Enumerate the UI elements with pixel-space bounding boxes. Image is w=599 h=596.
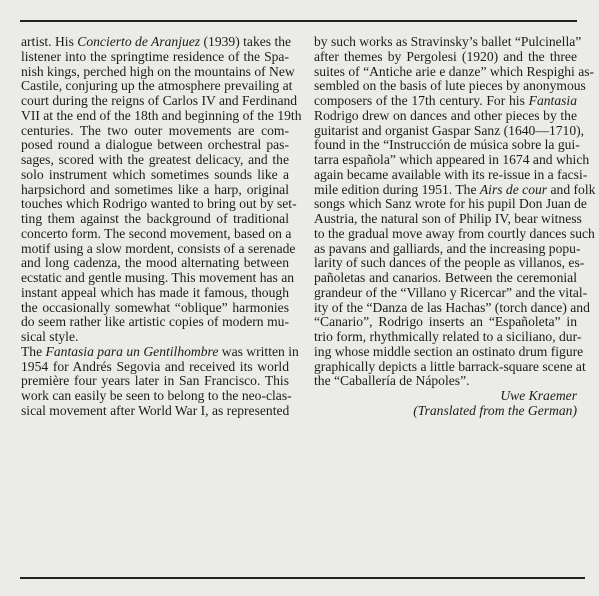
text-line: harpsichord and sometimes like a harp, o… (21, 183, 289, 198)
text-line: artist. His Concierto de Aranjuez (1939)… (21, 35, 289, 50)
text-line: première four years later in San Francis… (21, 374, 289, 389)
text-line: composers of the 17th century. For his F… (314, 94, 577, 109)
text-line: ecstatic and gentle musing. This movemen… (21, 271, 289, 286)
text-line: after themes by Pergolesi (1920) and the… (314, 50, 577, 65)
text-line: posed round a dialogue between orchestra… (21, 138, 289, 153)
text-line: Castile, conjuring up the atmosphere pre… (21, 79, 289, 94)
text-line: mile edition during 1951. The Airs de co… (314, 183, 577, 198)
signature-block: Uwe Kraemer (Translated from the German) (314, 389, 577, 419)
text-line: songs which Sanz wrote for his pupil Don… (314, 197, 577, 212)
text-line: grandeur of the “Villano y Ricercar” and… (314, 286, 577, 301)
text-line: touches which Rodrigo wanted to bring ou… (21, 197, 289, 212)
text-line: solo instrument which sometimes sounds l… (21, 168, 289, 183)
text-line: as pavans and galliards, and the increas… (314, 242, 577, 257)
text-line: motif using a slow mordent, consists of … (21, 242, 289, 257)
text-line: to the gradual move away from courtly da… (314, 227, 577, 242)
text-line: graphically depicts a little barrack-squ… (314, 360, 577, 375)
text-line: guitarist and organist Gaspar Sanz (1640… (314, 124, 577, 139)
text-line: sages, scored with the greatest delicacy… (21, 153, 289, 168)
text-line: sical style. (21, 330, 289, 345)
text-line: 1954 for Andrés Segovia and received its… (21, 360, 289, 375)
text-line: sembled on the basis of lute pieces by a… (314, 79, 577, 94)
text-line: “Canario”, Rodrigo inserts an “Españolet… (314, 315, 577, 330)
text-line: ting them against the background of trad… (21, 212, 289, 227)
text-line: instant appeal which has made it famous,… (21, 286, 289, 301)
text-line: larity of such dances of the people as v… (314, 256, 577, 271)
text-line: Austria, the natural son of Philip IV, b… (314, 212, 577, 227)
text-line: found in the “Instrucción de música sobr… (314, 138, 577, 153)
text-line: ing whose middle section an ostinato dru… (314, 345, 577, 360)
text-line: trio form, rhythmically related to a sic… (314, 330, 577, 345)
text-line: ity of the “Danza de las Hachas” (torch … (314, 301, 577, 316)
text-line: suites of “Antiche arie e danze” which R… (314, 65, 577, 80)
text-line: listener into the springtime residence o… (21, 50, 289, 65)
text-line: work can easily be seen to belong to the… (21, 389, 289, 404)
text-line: the “Caballería de Nápoles”. (314, 374, 577, 389)
text-line: centuries. The two outer movements are c… (21, 124, 289, 139)
text-line: sical movement after World War I, as rep… (21, 404, 289, 419)
text-line: pañoletas and canarios. Between the cere… (314, 271, 577, 286)
text-line: by such works as Stravinsky’s ballet “Pu… (314, 35, 577, 50)
text-line: Rodrigo drew on dances and other pieces … (314, 109, 577, 124)
text-line: concerto form. The second movement, base… (21, 227, 289, 242)
text-line: court during the reigns of Carlos IV and… (21, 94, 289, 109)
signature-translation-note: (Translated from the German) (314, 404, 577, 419)
text-line: tarra española” which appeared in 1674 a… (314, 153, 577, 168)
signature-author: Uwe Kraemer (314, 389, 577, 404)
bottom-rule (20, 577, 585, 579)
top-rule (20, 20, 577, 22)
right-column: by such works as Stravinsky’s ballet “Pu… (314, 35, 577, 389)
text-line: nish kings, perched high on the mountain… (21, 65, 289, 80)
text-line: VII at the end of the 18th and beginning… (21, 109, 289, 124)
text-line: again became available with its re-issue… (314, 168, 577, 183)
text-line: The Fantasia para un Gentilhombre was wr… (21, 345, 289, 360)
left-column: artist. His Concierto de Aranjuez (1939)… (21, 35, 289, 419)
text-line: do seem rather like artistic copies of m… (21, 315, 289, 330)
text-line: and long cadenza, the mood alternating b… (21, 256, 289, 271)
text-line: the occasionally somewhat “oblique” harm… (21, 301, 289, 316)
